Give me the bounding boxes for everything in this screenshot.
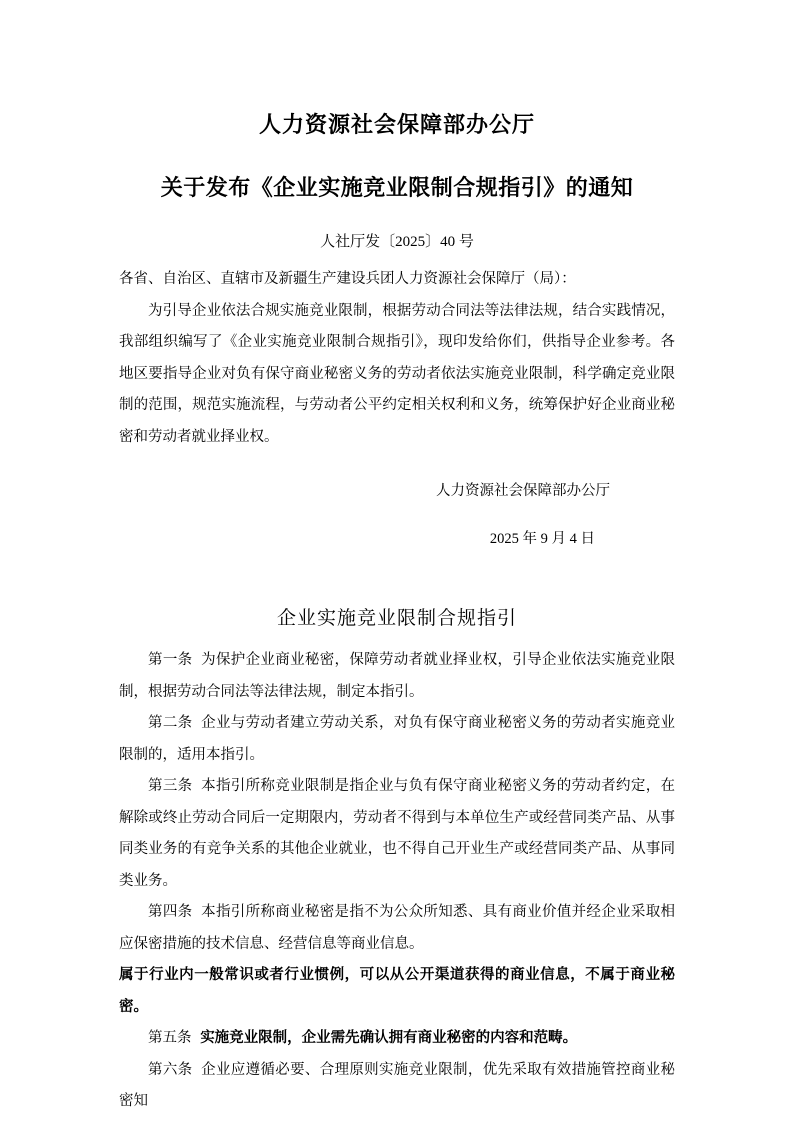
article-3-label: 第三条 <box>148 778 192 794</box>
article-6: 第六条企业应遵循必要、合理原则实施竞业限制，优先采取有效措施管控商业秘密知 <box>119 1055 675 1118</box>
article-3-text: 本指引所称竞业限制是指企业与负有保守商业秘密义务的劳动者约定，在解除或终止劳动合… <box>119 778 675 889</box>
article-6-label: 第六条 <box>148 1062 192 1078</box>
article-4-bold-note: 属于行业内一般常识或者行业惯例，可以从公开渠道获得的商业信息，不属于商业秘密。 <box>119 960 675 1023</box>
article-6-text: 企业应遵循必要、合理原则实施竞业限制，优先采取有效措施管控商业秘密知 <box>119 1062 675 1110</box>
article-4: 第四条本指引所称商业秘密是指不为公众所知悉、具有商业价值并经企业采取相应保密措施… <box>119 897 675 960</box>
article-1-label: 第一条 <box>148 652 192 668</box>
guideline-articles: 第一条为保护企业商业秘密，保障劳动者就业择业权，引导企业依法实施竞业限制，根据劳… <box>119 645 675 1118</box>
article-2-text: 企业与劳动者建立劳动关系，对负有保守商业秘密义务的劳动者实施竞业限制的，适用本指… <box>119 715 675 763</box>
document-number: 人社厅发〔2025〕40 号 <box>119 232 675 252</box>
article-5-label: 第五条 <box>148 1030 192 1046</box>
article-1-text: 为保护企业商业秘密，保障劳动者就业择业权，引导企业依法实施竞业限制，根据劳动合同… <box>119 652 675 700</box>
document-page: 人力资源社会保障部办公厅 关于发布《企业实施竞业限制合规指引》的通知 人社厅发〔… <box>0 0 793 1122</box>
document-title-org: 人力资源社会保障部办公厅 <box>119 111 675 139</box>
guideline-title: 企业实施竞业限制合规指引 <box>119 607 675 631</box>
article-4-label: 第四条 <box>148 904 192 920</box>
addressee-line: 各省、自治区、直辖市及新疆生产建设兵团人力资源社会保障厅（局）： <box>119 264 675 296</box>
article-1: 第一条为保护企业商业秘密，保障劳动者就业择业权，引导企业依法实施竞业限制，根据劳… <box>119 645 675 708</box>
signature-org: 人力资源社会保障部办公厅 <box>119 481 675 501</box>
notice-body-paragraph: 为引导企业依法合规实施竞业限制，根据劳动合同法等法律法规，结合实践情况，我部组织… <box>119 296 675 454</box>
document-title-subject: 关于发布《企业实施竞业限制合规指引》的通知 <box>119 174 675 202</box>
signature-date: 2025 年 9 月 4 日 <box>119 529 675 549</box>
article-4-text: 本指引所称商业秘密是指不为公众所知悉、具有商业价值并经企业采取相应保密措施的技术… <box>119 904 675 952</box>
article-2-label: 第二条 <box>148 715 192 731</box>
article-2: 第二条企业与劳动者建立劳动关系，对负有保守商业秘密义务的劳动者实施竞业限制的，适… <box>119 708 675 771</box>
article-5-text: 实施竞业限制，企业需先确认拥有商业秘密的内容和范畴。 <box>200 1030 577 1046</box>
article-5: 第五条实施竞业限制，企业需先确认拥有商业秘密的内容和范畴。 <box>119 1023 675 1055</box>
article-3: 第三条本指引所称竞业限制是指企业与负有保守商业秘密义务的劳动者约定，在解除或终止… <box>119 771 675 897</box>
